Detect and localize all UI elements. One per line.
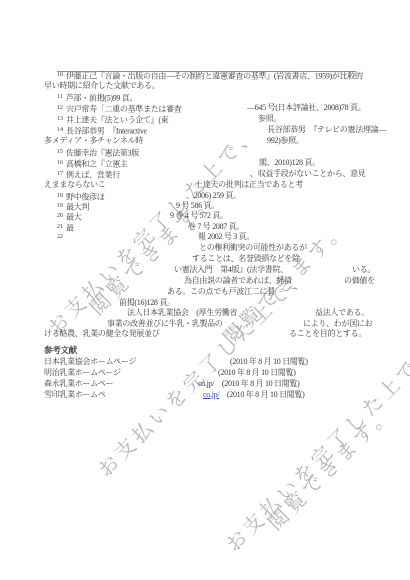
footnote-ref-fragment: 992)参照。 [267,136,304,146]
footnote-line: 12宍戸常寿「二重の基準または審査 [57,103,182,115]
footnote-number: 15 [57,149,63,155]
footnote-number: 22 [57,234,63,240]
reference-item: 明治乳業ホームページ [44,368,121,378]
body-line: 事業の改善並びに牛乳・乳製品の [107,319,223,329]
footnote-ref-fragment: 報 2002 号 3 頁。 [198,232,254,242]
footnote-line: 11芦部・前掲(5)99 頁。 [57,92,137,104]
body-line: ある。この点でも戸波江二に賛 [167,287,275,297]
footnote-number: 17 [57,171,63,177]
footnote-number: 11 [57,94,63,100]
footnote-text: 長谷部恭男 『Interactive [66,127,147,136]
footnote-ref-fragment: 9 号 586 頁。 [176,201,219,211]
reference-item: 森永乳業ホームペー [44,379,113,389]
footnote-text: 芦部・前掲(5)99 頁。 [66,94,137,103]
footnote-text: 多メディア・多チャンネル時 [44,136,143,145]
footnote-text: 最 [66,224,74,233]
footnote-number: 14 [57,127,63,133]
footnote-ref-fragment: 上達夫の批判は正当であると考 [195,180,303,190]
footnote-text: 井上達夫『法という企て』(東 [66,116,168,125]
footnote-text: 最大 [66,213,81,222]
page: お支払いを完了した上で、 閲覧できます。 閲覧できます。 お支払いを完了した上で… [0,0,410,580]
footnote-ref-fragment: 、2006) 259 頁。 [186,191,241,201]
footnote-number: 16 [57,160,63,166]
body-line: ける酪農、乳業の健全な発展並び [44,329,160,339]
reference-access-date: (2010 年 8 月 10 日閲覧) [219,390,304,399]
footnote-number: 20 [57,213,63,219]
footnote-line: 多メディア・多チャンネル時 [44,136,143,146]
footnote-number: 19 [57,203,63,209]
body-line: により、わが国にお [303,319,372,329]
reference-access-date: co.jp/ (2010 年 8 月 10 日閲覧) [198,379,300,389]
footnote-number: 18 [57,193,63,199]
footnote-ref-fragment: 閣、2010)128 頁。 [259,158,320,168]
footnote-text: 早い時期に紹介した文献である。 [44,81,160,90]
footnote-number: 13 [57,116,63,122]
footnote-text: 宍戸常寿「二重の基準または審査 [66,105,182,114]
reference-link[interactable]: co.jp/ [203,390,219,399]
footnote-line: 20最大 [57,211,81,223]
reference-access-date: (2010 年 8 月 10 日閲覧) [218,368,296,378]
footnote-line: 10伊藤正己『言論・出版の自由―その制約と違憲審査の基準』(岩波書店、1959)… [57,70,363,82]
footnote-line: 22 [57,232,66,244]
footnote-text: 伊藤正己『言論・出版の自由―その制約と違憲審査の基準』(岩波書店、1959)が比… [66,72,363,81]
references-heading: 参考文献 [44,345,77,355]
body-line: との権利衝突の可能性があるが [199,243,307,253]
footnote-ref-fragment: 、収益手段がないことから、意見 [250,169,366,179]
footnote-ref-fragment: 長谷部恭男 『テレビの憲法理論― [267,125,386,135]
footnote-ref-fragment: 9 巻 4 号 572 頁。 [170,211,228,221]
footnote-line: 早い時期に紹介した文献である。 [44,81,160,91]
body-line: の価値を [344,276,375,286]
footnote-text: 佐藤幸治『憲法第3版 [66,149,139,158]
reference-url-line: co.jp/ (2010 年 8 月 10 日閲覧) [203,390,305,400]
footnote-ref-fragment: 巻 7 号 2087 頁。 [188,222,244,232]
footnote-text: えままならないこ [44,180,106,189]
footnote-line: えままならないこ [44,180,106,190]
footnote-line: 14長谷部恭男 『Interactive [57,125,147,137]
body-line: ることを目的とする。 [289,329,366,339]
footnote-line: 17例えば、営業行 [57,169,120,181]
footnote-line: 13井上達夫『法という企て』(東 [57,114,168,126]
footnote-ref-fragment: 参照。 [258,114,281,124]
watermark-line: 閲覧できます。 [260,397,398,535]
reference-access-date: (2010 年 8 月 10 日閲覧) [230,357,308,367]
body-line: 為自由説の論者であれば、経済 [184,276,292,286]
footnote-number: 21 [57,224,63,230]
body-line: 前掲(16)128 頁。 [119,298,175,308]
footnote-text: 例えば、営業行 [66,171,120,180]
body-line: 法人日本乳業協会 (厚生労働省 [127,308,237,318]
body-line: いる。 [352,265,375,275]
footnote-text: 高橋和之『立憲主 [66,160,128,169]
body-line: 益法人である。 [315,308,369,318]
footnote-line: 15佐藤幸治『憲法第3版 [57,147,139,159]
footnote-number: 10 [57,72,63,78]
body-line: い憲法入門 第4版』(法学書院、 [174,265,288,275]
footnote-ref-fragment: ―645 号(日本評論社、2008)78 頁。 [247,103,365,113]
reference-item: 日本乳業協会ホームページ [44,357,136,367]
body-line: することは、名誉毀損などを除 [192,254,300,264]
reference-item: 雪印乳業ホームペ [44,390,106,400]
footnote-line: 16高橋和之『立憲主 [57,158,128,170]
footnote-number: 12 [57,105,63,111]
